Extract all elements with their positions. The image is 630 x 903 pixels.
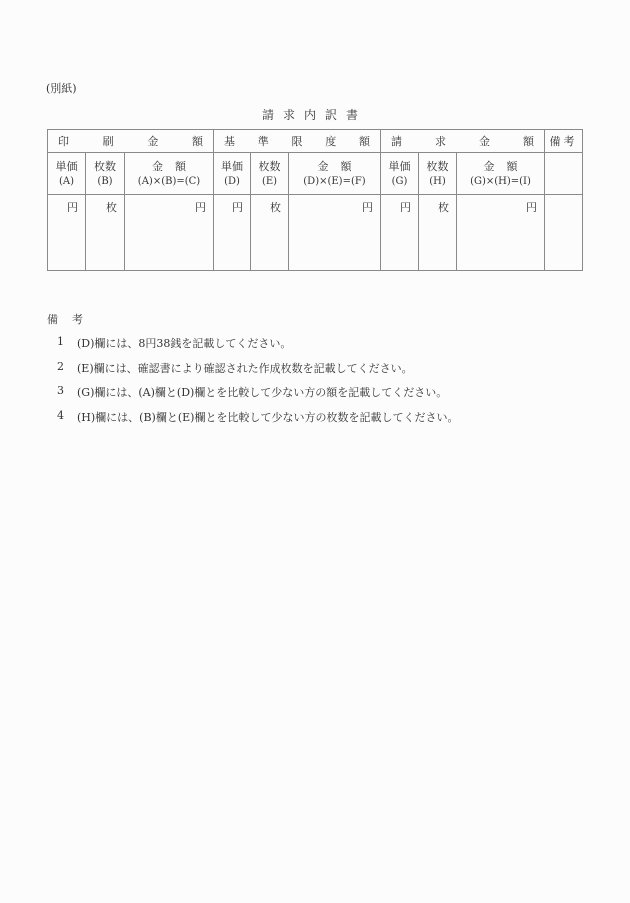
- data-row: 円 枚 円 円 枚 円 円 枚 円: [48, 195, 583, 271]
- group-header-billed-amount: 請 求 金 額: [381, 130, 545, 153]
- note-item: 2 (E)欄には、確認書により確認された作成枚数を記載してください。: [57, 360, 458, 385]
- notes-list: 1 (D)欄には、8円38銭を記載してください。 2 (E)欄には、確認書により…: [57, 335, 458, 433]
- attachment-label: (別紙): [46, 80, 77, 96]
- cell-count-e: 枚: [251, 195, 289, 271]
- note-number: 4: [57, 409, 77, 434]
- group-char: 度: [325, 133, 336, 149]
- note-item: 4 (H)欄には、(B)欄と(E)欄とを比較して少ない方の枚数を記載してください…: [57, 409, 458, 434]
- cell-count-b: 枚: [86, 195, 125, 271]
- group-char: 印: [58, 133, 69, 149]
- cell-amount-f: 円: [289, 195, 381, 271]
- group-char: 準: [258, 133, 269, 149]
- cell-unit-price-g: 円: [381, 195, 419, 271]
- cell-unit-price-a: 円: [48, 195, 86, 271]
- group-char: 限: [292, 133, 303, 149]
- group-char: 刷: [103, 133, 114, 149]
- note-item: 1 (D)欄には、8円38銭を記載してください。: [57, 335, 458, 360]
- note-number: 2: [57, 360, 77, 385]
- subheader-count-b: 枚数 (B): [86, 153, 125, 195]
- group-char: 額: [359, 133, 370, 149]
- group-char: 額: [523, 133, 534, 149]
- subheader-amount-i: 金額 (G)×(H)=(I): [457, 153, 545, 195]
- group-header-row: 印 刷 金 額 基 準 限 度 額 請 求 金 額 備考: [48, 130, 583, 153]
- note-text: (H)欄には、(B)欄と(E)欄とを比較して少ない方の枚数を記載してください。: [77, 409, 458, 434]
- cell-unit-price-d: 円: [214, 195, 251, 271]
- subheader-amount-f: 金額 (D)×(E)=(F): [289, 153, 381, 195]
- group-char: 求: [435, 133, 446, 149]
- group-char: 請: [391, 133, 402, 149]
- subheader-amount-c: 金額 (A)×(B)=(C): [125, 153, 214, 195]
- group-char: 金: [147, 133, 158, 149]
- subheader-count-h: 枚数 (H): [419, 153, 457, 195]
- document-title: 請求内訳書: [262, 106, 367, 123]
- subheader-unit-price-g: 単価 (G): [381, 153, 419, 195]
- subheader-remarks-empty: [545, 153, 583, 195]
- notes-heading: 備考: [47, 311, 97, 327]
- note-number: 3: [57, 384, 77, 409]
- remarks-header: 備考: [545, 130, 583, 153]
- group-char: 基: [224, 133, 235, 149]
- note-number: 1: [57, 335, 77, 360]
- cell-amount-c: 円: [125, 195, 214, 271]
- note-text: (D)欄には、8円38銭を記載してください。: [77, 335, 291, 360]
- subheader-count-e: 枚数 (E): [251, 153, 289, 195]
- subheader-unit-price-d: 単価 (D): [214, 153, 251, 195]
- sub-header-row: 単価 (A) 枚数 (B) 金額 (A)×(B)=(C) 単価 (D) 枚数 (…: [48, 153, 583, 195]
- note-item: 3 (G)欄には、(A)欄と(D)欄とを比較して少ない方の額を記載してください。: [57, 384, 458, 409]
- note-text: (E)欄には、確認書により確認された作成枚数を記載してください。: [77, 360, 413, 385]
- note-text: (G)欄には、(A)欄と(D)欄とを比較して少ない方の額を記載してください。: [77, 384, 447, 409]
- group-char: 額: [192, 133, 203, 149]
- group-header-standard-limit: 基 準 限 度 額: [214, 130, 381, 153]
- billing-breakdown-table: 印 刷 金 額 基 準 限 度 額 請 求 金 額 備考: [47, 129, 583, 271]
- cell-remarks: [545, 195, 583, 271]
- cell-count-h: 枚: [419, 195, 457, 271]
- subheader-unit-price-a: 単価 (A): [48, 153, 86, 195]
- cell-amount-i: 円: [457, 195, 545, 271]
- group-header-printing-amount: 印 刷 金 額: [48, 130, 214, 153]
- group-char: 金: [479, 133, 490, 149]
